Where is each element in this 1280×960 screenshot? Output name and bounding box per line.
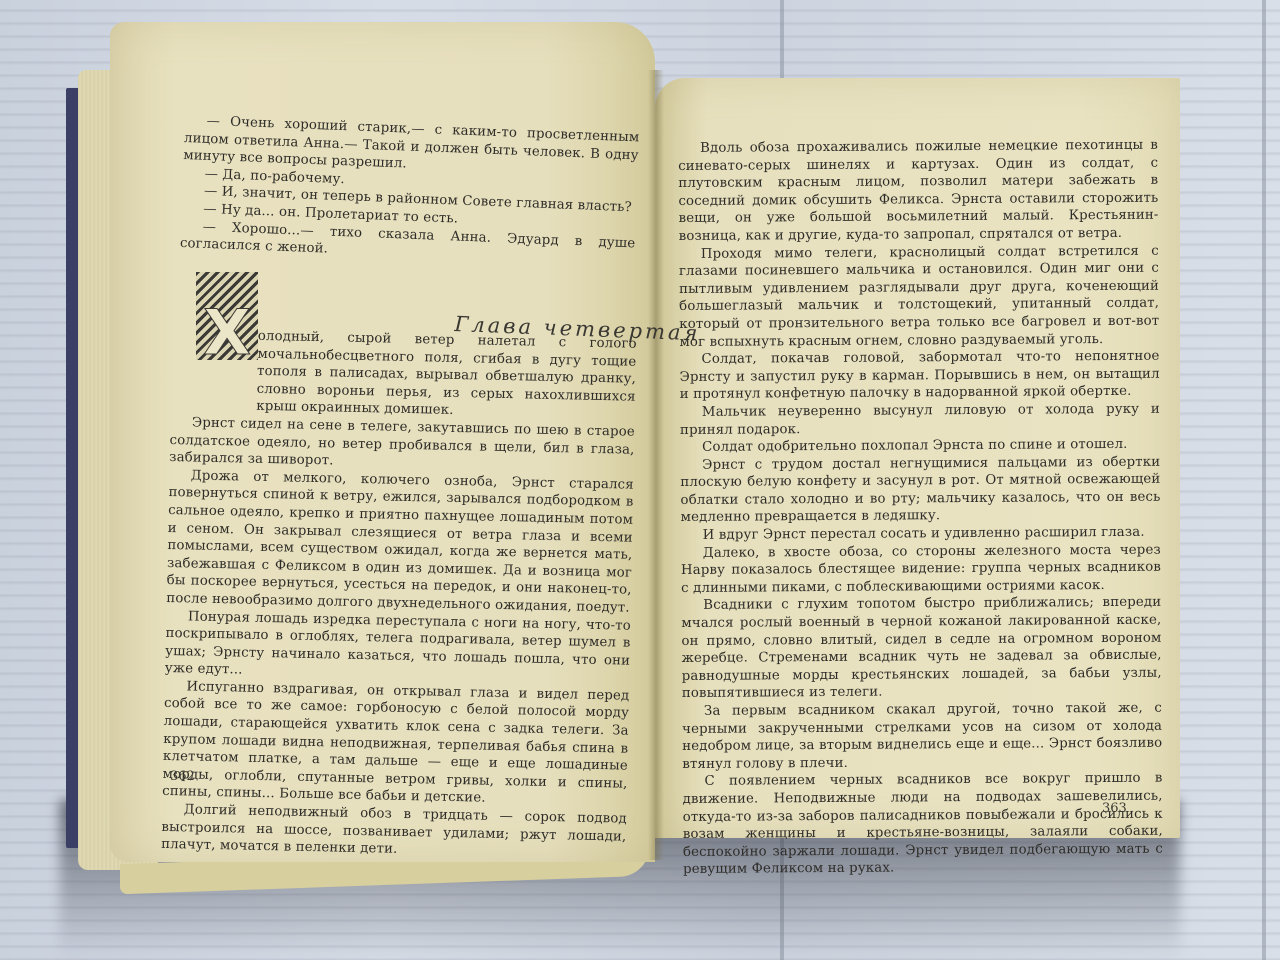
page-number-left: 362 xyxy=(170,769,195,784)
paragraph: Вдоль обоза прохаживались пожилые немецк… xyxy=(678,137,1159,246)
page-number-right: 363 xyxy=(1102,801,1127,816)
paragraph: олодный, сырой ветер налетал с голого мо… xyxy=(170,326,637,424)
paragraph: За первым всадником скакал другой, точно… xyxy=(682,700,1162,774)
right-page-body: Вдоль обоза прохаживались пожилые немецк… xyxy=(678,137,1163,879)
paragraph: Долгий неподвижный обоз в тридцать — сор… xyxy=(161,801,627,864)
paragraph: Испуганно вздрагивая, он открывал глаза … xyxy=(162,678,629,811)
paragraph: Всадники с глухим топотом быстро приближ… xyxy=(681,594,1162,703)
paragraph-text: олодный, сырой ветер налетал с голого мо… xyxy=(256,329,637,418)
paragraph: С появлением черных всадников все вокруг… xyxy=(682,770,1163,879)
paragraph: Мальчик неуверенно высунул лиловую от хо… xyxy=(680,401,1160,440)
table-plank-gap xyxy=(1262,0,1266,960)
paragraph: Понурая лошадь изредка переступала с ног… xyxy=(165,607,631,687)
paragraph: Проходя мимо телеги, краснолицый солдат … xyxy=(679,242,1160,351)
paragraph: Дрожа от мелкого, колючего озноба, Эрнст… xyxy=(166,467,634,617)
book-gutter xyxy=(648,70,664,860)
left-page-body: олодный, сырой ветер налетал с голого мо… xyxy=(161,326,637,863)
paragraph: Эрнст с трудом достал негнущимися пальца… xyxy=(680,453,1160,527)
paragraph: Далеко, в хвосте обоза, со стороны желез… xyxy=(681,541,1161,597)
dialogue-block: — Очень хороший старик,— с каким-то прос… xyxy=(180,112,640,270)
paragraph: Эрнст сидел на сене в телеге, закутавшис… xyxy=(169,414,635,477)
paragraph: Солдат, покачав головой, забормотал что-… xyxy=(679,348,1159,404)
